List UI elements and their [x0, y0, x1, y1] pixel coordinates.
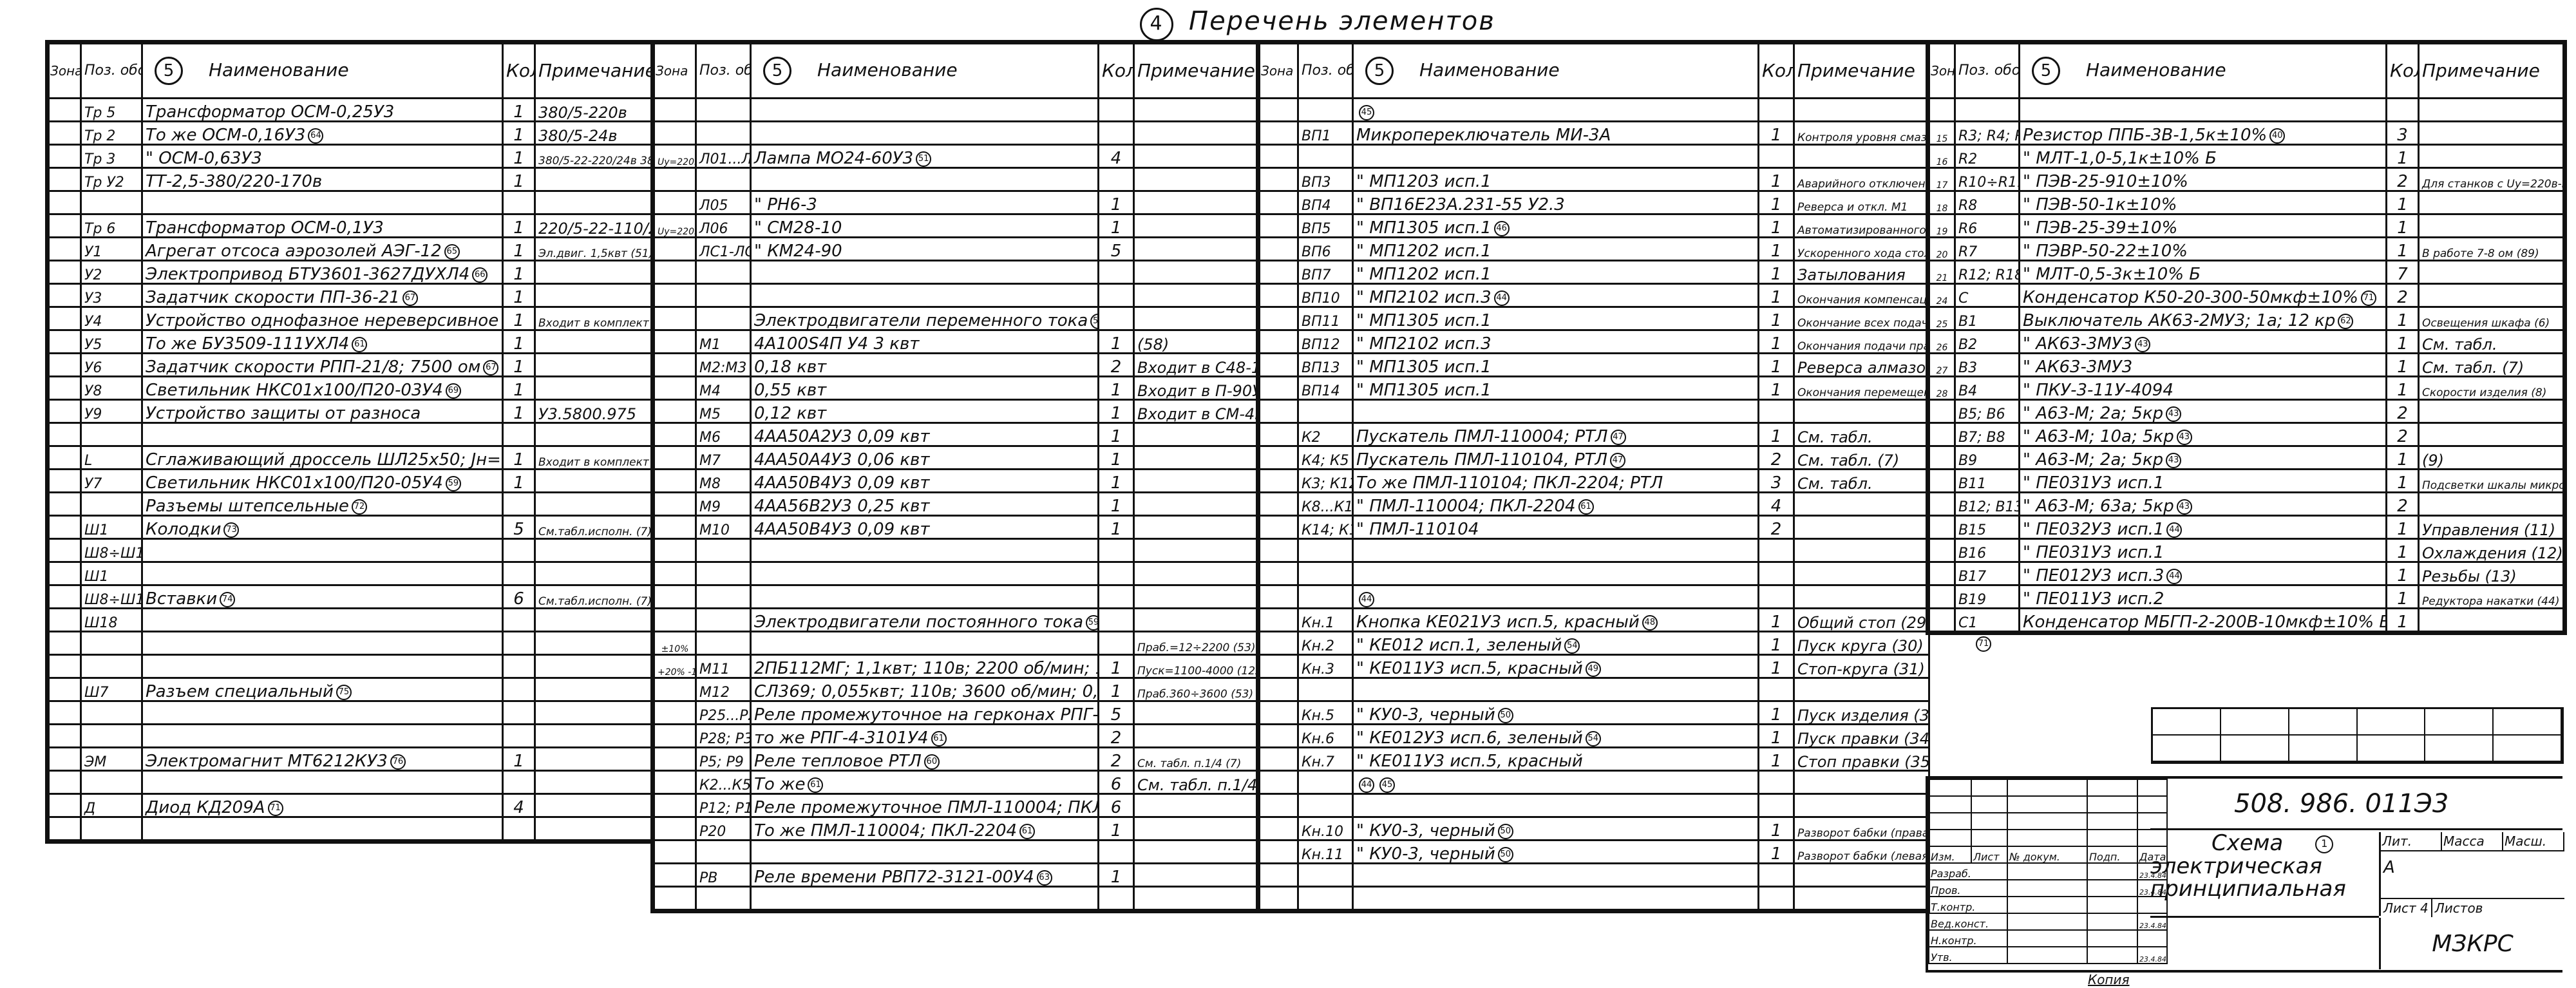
- cell-name: Конденсатор К50-20-300-50мкф±10%71: [2020, 284, 2387, 307]
- item-name: То же БУ3509-111УХЛ4: [146, 334, 349, 354]
- cell-note: (9): [2419, 446, 2564, 470]
- cell-note: Стоп-круга (31): [1794, 655, 1929, 678]
- cell-name: " КМ24-90: [751, 238, 1099, 261]
- approval-row: Пров.23.4.84: [1929, 880, 2167, 897]
- table-row: [1260, 400, 1929, 423]
- item-name: 0,55 квт: [754, 381, 826, 400]
- cell-kol: 1: [503, 446, 535, 470]
- cell-kol: 1: [503, 330, 535, 354]
- cell-note: [2419, 284, 2564, 307]
- table-row: Разъемы штепсельные72: [49, 493, 654, 516]
- ref-circle: 66: [472, 267, 488, 283]
- cell-poz: М10: [696, 516, 751, 539]
- cell-note: Охлаждения (12): [2419, 539, 2564, 562]
- item-name: Кнопка КЕ021У3 исп.5, красный: [1356, 613, 1640, 632]
- cell-name: " А63-М; 63а; 5кр43: [2020, 493, 2387, 516]
- cell-name: [1353, 400, 1759, 423]
- table-row: [1260, 864, 1929, 887]
- cell-kol: [1759, 794, 1794, 817]
- cell-poz: В7; В8: [1955, 423, 2020, 446]
- cell-note: [1134, 516, 1260, 539]
- cell-zone: [654, 377, 696, 400]
- cell-kol: [1759, 145, 1794, 168]
- table-row: ВП5" МП1305 исп.1461Автоматизированного …: [1260, 214, 1929, 238]
- cell-zone: [654, 864, 696, 887]
- cell-zone: [49, 261, 81, 284]
- cell-name: " СМ28-10: [751, 214, 1099, 238]
- table-row: В17" ПЕ012У3 исп.3441Резьбы (13): [1929, 562, 2564, 585]
- cell-poz: [696, 609, 751, 632]
- header-row: ЗонаПоз. обозн.5НаименованиеКол.Примечан…: [654, 44, 1260, 99]
- item-name: " МП1305 исп.1: [1356, 381, 1492, 400]
- table-row: Кн.3" КЕ011У3 исп.5, красный491Стоп-круг…: [1260, 655, 1929, 678]
- item-name: " МЛТ-1,0-5,1к±10% Б: [2023, 149, 2217, 168]
- cell-note: См. табл.: [1794, 470, 1929, 493]
- cell-kol: 1: [1099, 400, 1134, 423]
- cell-zone: [1929, 99, 1955, 122]
- cell-zone: ±10%: [654, 632, 696, 655]
- cell-note: [1794, 516, 1929, 539]
- cell-note: [2419, 99, 2564, 122]
- cell-poz: [1298, 771, 1353, 794]
- cell-zone: [1260, 678, 1298, 701]
- cell-poz: [81, 632, 142, 655]
- cell-zone: [1260, 493, 1298, 516]
- item-name: Микропереключатель МИ-3А: [1356, 126, 1611, 145]
- cell-poz: ВП5: [1298, 214, 1353, 238]
- cell-kol: 1: [1759, 748, 1794, 771]
- header-note: Примечание: [1794, 44, 1929, 99]
- cell-note: [1794, 864, 1929, 887]
- item-name: то же РПГ-4-3101У4: [754, 728, 929, 748]
- cell-note: Входит в П-90У2: [1134, 377, 1260, 400]
- cell-zone: [49, 725, 81, 748]
- table-row: Кн.11" КУ0-3, черный501Разворот бабки (л…: [1260, 841, 1929, 864]
- table-row: К3; К12; К13То же ПМЛ-110104; ПКЛ-2204; …: [1260, 470, 1929, 493]
- cell-note: [1134, 493, 1260, 516]
- cell-kol: [1099, 562, 1134, 585]
- list-block-3: ЗонаПоз. обозн.5НаименованиеКол.Примечан…: [1256, 40, 1930, 913]
- cell-name: [142, 609, 503, 632]
- cell-zone: [654, 678, 696, 701]
- header-zona: Зона: [1260, 44, 1298, 99]
- item-name: Светильник НКС01х100/П20-05У4: [146, 473, 443, 493]
- cell-note: Реверса и откл. М1: [1794, 191, 1929, 214]
- ref-circle: 76: [390, 754, 406, 770]
- cell-kol: 1: [503, 214, 535, 238]
- table-row: М5 0,12 квт1Входит в СМ-4МА: [654, 400, 1260, 423]
- cell-zone: [49, 354, 81, 377]
- cell-note: 380/5-22-220/24в 380/5-22-110/24в: [535, 145, 654, 168]
- cell-kol: 2: [1759, 446, 1794, 470]
- cell-zone: [654, 771, 696, 794]
- cell-zone: [1260, 655, 1298, 678]
- cell-zone: 21: [1929, 261, 1955, 284]
- cell-kol: 1: [1759, 168, 1794, 191]
- title-ref-circle: 4: [1140, 8, 1173, 41]
- cell-note: [535, 539, 654, 562]
- table-row: Тр 3" ОСМ-0,63У31380/5-22-220/24в 380/5-…: [49, 145, 654, 168]
- cell-zone: [654, 794, 696, 817]
- cell-poz: Р5; Р9: [696, 748, 751, 771]
- cell-poz: У1: [81, 238, 142, 261]
- table-row: [49, 655, 654, 678]
- cell-name: 0,18 квт: [751, 354, 1099, 377]
- cell-zone: 19: [1929, 214, 1955, 238]
- table-row: ±10%Праб.=12÷2200 (53): [654, 632, 1260, 655]
- cell-kol: [503, 632, 535, 655]
- cell-note: [535, 794, 654, 817]
- cell-name: " ВП16Е23А.231-55 У2.3: [1353, 191, 1759, 214]
- cell-zone: [1260, 748, 1298, 771]
- header-zona: Зона: [49, 44, 81, 99]
- cell-note: [1134, 817, 1260, 841]
- cell-poz: В9: [1955, 446, 2020, 470]
- cell-poz: Ш8÷Ш11: [81, 585, 142, 609]
- table-row: Р28; Р30то же РПГ-4-3101У4612: [654, 725, 1260, 748]
- cell-kol: 1: [503, 354, 535, 377]
- cell-note: [1134, 701, 1260, 725]
- table-row: Кн.2" КЕ012 исп.1, зеленый541Пуск круга …: [1260, 632, 1929, 655]
- cell-note: [1794, 794, 1929, 817]
- ref-circle: 51: [916, 151, 931, 167]
- cell-note: [1134, 562, 1260, 585]
- cell-poz: Р25...Р27 Р29; Р31: [696, 701, 751, 725]
- list-block-2: ЗонаПоз. обозн.5НаименованиеКол.Примечан…: [650, 40, 1260, 913]
- cell-name: То же ОСМ-0,16У364: [142, 122, 503, 145]
- role-label: Т.контр.: [1929, 897, 2007, 913]
- cell-poz: [696, 99, 751, 122]
- table-row: М4 0,55 квт1Входит в П-90У2: [654, 377, 1260, 400]
- cell-note: [1794, 887, 1929, 910]
- cell-kol: 1: [1759, 609, 1794, 632]
- cell-note: [1794, 678, 1929, 701]
- cell-kol: 1: [1099, 191, 1134, 214]
- cell-poz: Д: [81, 794, 142, 817]
- table-row: 24СКонденсатор К50-20-300-50мкф±10%712: [1929, 284, 2564, 307]
- table-row: У5То же БУ3509-111УХЛ4611: [49, 330, 654, 354]
- header-note: Примечание: [535, 44, 654, 99]
- cell-poz: L: [81, 446, 142, 470]
- item-name: " МП1202 исп.1: [1356, 242, 1492, 261]
- cell-poz: В19: [1955, 585, 2020, 609]
- cell-note: Аварийного отключения М11: [1794, 168, 1929, 191]
- cell-zone: [654, 122, 696, 145]
- cell-poz: [696, 562, 751, 585]
- cell-name: Электропривод БТУ3601-3627ДУХЛ466: [142, 261, 503, 284]
- cell-kol: 1: [1099, 864, 1134, 887]
- table-row: К2...К5; К12; К13То же616См. табл. п.1/4: [654, 771, 1260, 794]
- cell-note: Пуск круга (30): [1794, 632, 1929, 655]
- cell-note: [1134, 307, 1260, 330]
- ref-circle: 44: [1494, 290, 1510, 306]
- cell-poz: ЭМ: [81, 748, 142, 771]
- ref-circle: 44: [2166, 569, 2182, 584]
- cell-kol: [503, 701, 535, 725]
- cell-name: Задатчик скорости РПП-21/8; 7500 ом67: [142, 354, 503, 377]
- cell-note: [2419, 423, 2564, 446]
- cell-poz: ВП10: [1298, 284, 1353, 307]
- cell-zone: [1260, 238, 1298, 261]
- cell-poz: Кн.3: [1298, 655, 1353, 678]
- table-row: [1260, 562, 1929, 585]
- cell-note: [535, 748, 654, 771]
- cell-name: " КУ0-3, черный50: [1353, 841, 1759, 864]
- cell-zone: [654, 354, 696, 377]
- cell-zone: [654, 817, 696, 841]
- cell-kol: 1: [1099, 446, 1134, 470]
- table-row: М104АА50В4У3 0,09 квт1: [654, 516, 1260, 539]
- item-name: Устройство защиты от разноса: [146, 404, 421, 423]
- ref-circle: 43: [2177, 430, 2192, 445]
- cell-kol: [1099, 168, 1134, 191]
- item-name: " СМ28-10: [754, 218, 842, 238]
- cell-zone: [1260, 122, 1298, 145]
- cell-note: [1134, 261, 1260, 284]
- cell-name: " МЛТ-1,0-5,1к±10% Б: [2020, 145, 2387, 168]
- cell-kol: 1: [2387, 539, 2419, 562]
- cell-name: [1353, 539, 1759, 562]
- cell-poz: [1298, 400, 1353, 423]
- cell-kol: 1: [1759, 725, 1794, 748]
- cell-note: Скорости изделия (8): [2419, 377, 2564, 400]
- table-row: В7; В8" А63-М; 10а; 5кр432: [1929, 423, 2564, 446]
- cell-poz: [81, 423, 142, 446]
- ref-circle: 69: [446, 383, 461, 399]
- table-row: ВП10" МП2102 исп.3441Окончания компенсац…: [1260, 284, 1929, 307]
- item-name: Пускатель ПМЛ-110004; РТЛ: [1356, 427, 1608, 446]
- cell-kol: 1: [1759, 423, 1794, 446]
- cell-zone: [49, 377, 81, 400]
- cell-poz: ВП7: [1298, 261, 1353, 284]
- cell-zone: [654, 238, 696, 261]
- cell-kol: 1: [2387, 238, 2419, 261]
- cell-kol: [1099, 609, 1134, 632]
- role-label: Утв.: [1929, 947, 2007, 964]
- item-name: Реле промежуточное ПМЛ-110004; ПКЛ-2204: [754, 798, 1099, 817]
- cell-name: " МП1203 исп.1: [1353, 168, 1759, 191]
- header-poz: Поз. обозн.: [81, 44, 142, 99]
- cell-kol: [503, 678, 535, 701]
- item-name: " ПКУ-3-11У-4094: [2023, 381, 2173, 400]
- item-name: " РН6-3: [754, 195, 817, 214]
- cell-kol: 2: [2387, 423, 2419, 446]
- cell-name: Разъемы штепсельные72: [142, 493, 503, 516]
- cell-poz: ЛС1-ЛС5: [696, 238, 751, 261]
- cell-kol: 1: [1759, 354, 1794, 377]
- table-row: [49, 725, 654, 748]
- table-row: [654, 562, 1260, 585]
- item-name: 0,12 квт: [754, 404, 826, 423]
- cell-kol: 1: [2387, 516, 2419, 539]
- cell-kol: 1: [1759, 307, 1794, 330]
- item-name: Колодки: [146, 520, 221, 539]
- cell-kol: 1: [503, 748, 535, 771]
- title-text: Перечень элементов: [1189, 6, 1495, 36]
- cell-zone: [654, 725, 696, 748]
- cell-name: 4АА56В2У3 0,25 квт: [751, 493, 1099, 516]
- signature: [2087, 930, 2137, 947]
- table-row: Ш18: [49, 609, 654, 632]
- item-name: То же ПМЛ-110004; ПКЛ-2204: [754, 821, 1017, 841]
- cell-kol: 1: [1759, 817, 1794, 841]
- item-name: " ПЭВ-25-39±10%: [2023, 218, 2177, 238]
- item-name: Электродвигатели постоянного тока: [754, 613, 1083, 632]
- cell-note: [2419, 400, 2564, 423]
- role-label: Пров.: [1929, 880, 2007, 897]
- cell-name: Электродвигатели постоянного тока59: [751, 609, 1099, 632]
- ref-circle: 71: [268, 801, 283, 816]
- table-row: ВП12" МП2102 исп.31Окончания подачи прав…: [1260, 330, 1929, 354]
- cell-name: [1353, 562, 1759, 585]
- cell-zone: [49, 632, 81, 655]
- cell-kol: 1: [2387, 585, 2419, 609]
- cell-note: Окончания компенсации: [1794, 284, 1929, 307]
- cell-name: [751, 122, 1099, 145]
- cell-zone: [1260, 771, 1298, 794]
- cell-zone: 18: [1929, 191, 1955, 214]
- approval-row: Разраб.23.4.84: [1929, 863, 2167, 880]
- cell-poz: В11: [1955, 470, 2020, 493]
- cell-name: [751, 168, 1099, 191]
- cell-name: " А63-М; 2а; 5кр43: [2020, 446, 2387, 470]
- cell-zone: [1260, 284, 1298, 307]
- cell-note: У3.5800.975: [535, 400, 654, 423]
- ref-circle: 72: [352, 499, 367, 515]
- cell-name: То же ПМЛ-110004; ПКЛ-220461: [751, 817, 1099, 841]
- cell-kol: 2: [2387, 284, 2419, 307]
- table-row: У8Светильник НКС01х100/П20-03У4691: [49, 377, 654, 400]
- header-zona: Зона: [654, 44, 696, 99]
- item-name: " КЕ011У3 исп.5, красный: [1356, 659, 1583, 678]
- cell-kol: 1: [1099, 330, 1134, 354]
- ref-circle: 50: [1498, 708, 1513, 723]
- cell-zone: [1260, 400, 1298, 423]
- cell-name: ТТ-2,5-380/220-170в: [142, 168, 503, 191]
- cell-zone: [1929, 516, 1955, 539]
- cell-zone: 20: [1929, 238, 1955, 261]
- item-name: Трансформатор ОСМ-0,1У3: [146, 218, 384, 238]
- cell-kol: 6: [503, 585, 535, 609]
- table-row: В16" ПЕ031У3 исп.11Охлаждения (12): [1929, 539, 2564, 562]
- table-row: Электродвигатели постоянного тока59: [654, 609, 1260, 632]
- lit-label: Лит.: [2381, 832, 2442, 850]
- table-row: Кн.10" КУ0-3, черный501Разворот бабки (п…: [1260, 817, 1929, 841]
- cell-note: [535, 632, 654, 655]
- cell-zone: [49, 678, 81, 701]
- ref-circle: 62: [2338, 314, 2353, 329]
- cell-poz: [81, 655, 142, 678]
- cell-poz: Ш1: [81, 516, 142, 539]
- cell-name: " МП1305 исп.1: [1353, 377, 1759, 400]
- item-name: То же ОСМ-0,16У3: [146, 126, 305, 145]
- cell-poz: [696, 539, 751, 562]
- cell-poz: [1298, 562, 1353, 585]
- item-name: " ПЭВР-50-22±10%: [2023, 242, 2188, 261]
- cell-note: [1134, 423, 1260, 446]
- cell-name: " ПМЛ-110004; ПКЛ-220461: [1353, 493, 1759, 516]
- name-line-2: электрическая: [2150, 855, 2379, 879]
- cell-kol: 1: [2387, 377, 2419, 400]
- cell-note: [1134, 725, 1260, 748]
- cell-poz: [81, 701, 142, 725]
- table-row: М84АА50В4У3 0,09 квт1: [654, 470, 1260, 493]
- cell-kol: 1: [1099, 493, 1134, 516]
- cell-name: 44: [1353, 585, 1759, 609]
- cell-poz: [696, 168, 751, 191]
- cell-poz: Кн.2: [1298, 632, 1353, 655]
- cell-note: Праб.=12÷2200 (53): [1134, 632, 1260, 655]
- cell-poz: [696, 841, 751, 864]
- cell-name: [1353, 678, 1759, 701]
- cell-name: 0,55 квт: [751, 377, 1099, 400]
- lit-value: А: [2383, 858, 2395, 877]
- cell-poz: М2:М3: [696, 354, 751, 377]
- cell-kol: [503, 562, 535, 585]
- cell-name: [1353, 794, 1759, 817]
- header-kol: Кол.: [503, 44, 535, 99]
- signature: [2087, 880, 2137, 897]
- cell-poz: R3; R4; R9: [1955, 122, 2020, 145]
- cell-name: Кнопка КЕ021У3 исп.5, красный48: [1353, 609, 1759, 632]
- ref-circle: 60: [924, 754, 940, 770]
- cell-note: [2419, 214, 2564, 238]
- cell-poz: К4; К5: [1298, 446, 1353, 470]
- cell-name: " КУ0-3, черный50: [1353, 817, 1759, 841]
- cell-poz: [81, 725, 142, 748]
- cell-name: " РН6-3: [751, 191, 1099, 214]
- cell-zone: [1260, 261, 1298, 284]
- table-row: 17R10÷R11" ПЭВ-25-910±10%2Для станков с …: [1929, 168, 2564, 191]
- cell-name: [142, 562, 503, 585]
- cell-poz: К14; К15: [1298, 516, 1353, 539]
- cell-poz: Тр У2: [81, 168, 142, 191]
- table-row: [654, 284, 1260, 307]
- table-row: 19R6" ПЭВ-25-39±10%1: [1929, 214, 2564, 238]
- header-name-text: Наименование: [2086, 59, 2226, 81]
- cell-kol: 1: [1099, 377, 1134, 400]
- table-row: [654, 99, 1260, 122]
- cell-note: [1134, 609, 1260, 632]
- cell-poz: Кн.5: [1298, 701, 1353, 725]
- cell-name: " ПЭВ-25-910±10%: [2020, 168, 2387, 191]
- table-row: 18R8" ПЭВ-50-1к±10%1: [1929, 191, 2564, 214]
- cell-name: Вставки74: [142, 585, 503, 609]
- cell-note: [535, 470, 654, 493]
- header-poz: Поз. обозн.: [1298, 44, 1353, 99]
- cell-zone: [1929, 446, 1955, 470]
- item-name: Резистор ППБ-3В-1,5к±10%: [2023, 126, 2267, 145]
- item-name: " МП1305 исп.1: [1356, 311, 1492, 330]
- cell-kol: 1: [503, 400, 535, 423]
- table-row: У4Устройство однофазное нереверсивное БУ…: [49, 307, 654, 330]
- table-row: ВП11" МП1305 исп.11Окончание всех подач …: [1260, 307, 1929, 330]
- item-name: " МП2102 исп.3: [1356, 288, 1492, 307]
- cell-poz: Р12; Р15; Р17 Р21; Р23: [696, 794, 751, 817]
- cell-name: [142, 632, 503, 655]
- cell-name: " КЕ011У3 исп.5, красный: [1353, 748, 1759, 771]
- item-name: " А63-М; 2а; 5кр: [2023, 404, 2163, 423]
- cell-name: " А63-М; 2а; 5кр43: [2020, 400, 2387, 423]
- item-name: Конденсатор МБГП-2-200В-10мкф±10% В: [2023, 613, 2387, 632]
- cell-zone: [1260, 701, 1298, 725]
- table-row: Uу=220вЛ06" СМ28-101: [654, 214, 1260, 238]
- cell-kol: [1759, 864, 1794, 887]
- cell-poz: Л05: [696, 191, 751, 214]
- cell-kol: 6: [1099, 794, 1134, 817]
- cell-zone: [654, 307, 696, 330]
- item-name: " КУ0-3, черный: [1356, 821, 1495, 841]
